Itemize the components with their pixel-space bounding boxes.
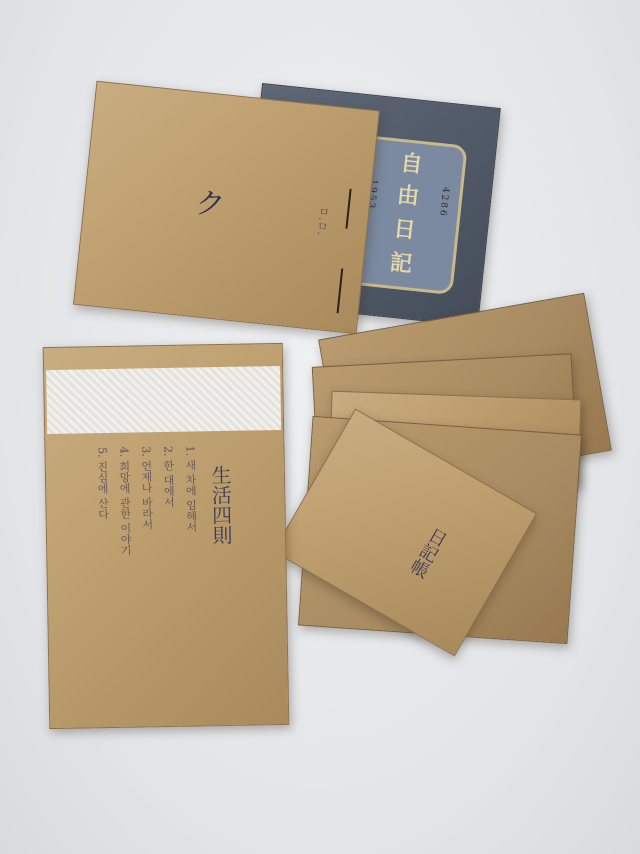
title-char-2: 由	[396, 184, 420, 208]
tan-notebook: ク ㅁ.ㅁ.	[73, 81, 380, 335]
title-char-1: 自	[399, 152, 423, 176]
title-char-4: 記	[389, 251, 413, 275]
stitch	[337, 268, 344, 313]
cover-mark: ク	[193, 178, 227, 225]
title-char-3: 日	[393, 218, 417, 242]
year-right: 4286	[437, 186, 450, 218]
note-line-1: 1. 새 차에 임해서	[181, 445, 199, 532]
side-note: ㅁ.ㅁ.	[313, 205, 332, 236]
note-line-3: 3. 언제나 바라서	[137, 446, 154, 530]
tape-strip	[46, 366, 281, 434]
note-line-4: 4. 희망에 관한 이야기	[115, 447, 133, 556]
notebook-heading: 生活四則	[206, 465, 236, 545]
taped-notebook: 生活四則 1. 새 차에 임해서 2. 한 대에서 3. 언제나 바라서 4. …	[43, 343, 290, 729]
note-line-2: 2. 한 대에서	[159, 446, 176, 508]
stitch	[345, 189, 351, 229]
note-line-5: 5. 진심에 산다	[93, 447, 110, 520]
stack-diary-title: 日記帳	[403, 522, 453, 582]
